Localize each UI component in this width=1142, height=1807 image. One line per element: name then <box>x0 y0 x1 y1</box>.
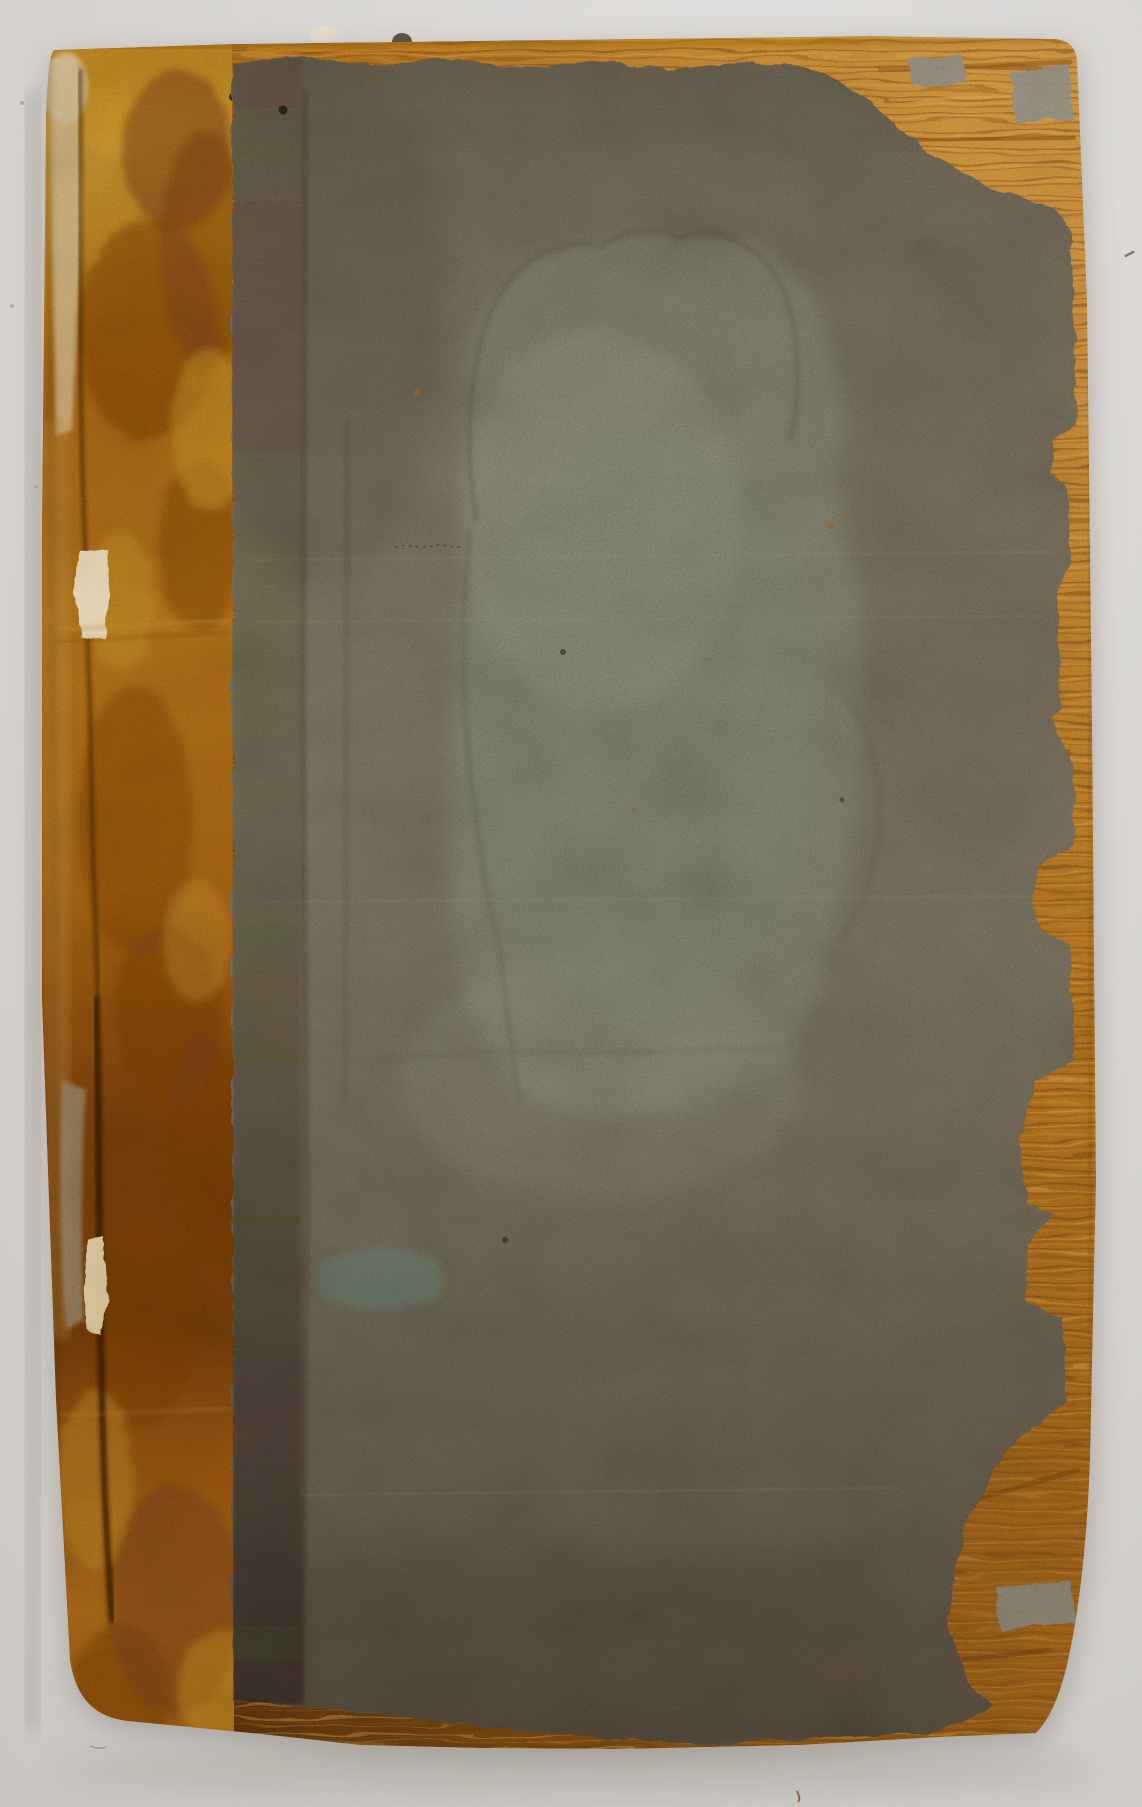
surface-texture <box>30 25 1120 1785</box>
left-edge-shadow <box>26 90 40 1730</box>
cast-shadow <box>55 1740 1095 1800</box>
book <box>30 25 1120 1785</box>
book-photograph <box>0 0 1142 1807</box>
book-photo-canvas <box>0 0 1142 1807</box>
